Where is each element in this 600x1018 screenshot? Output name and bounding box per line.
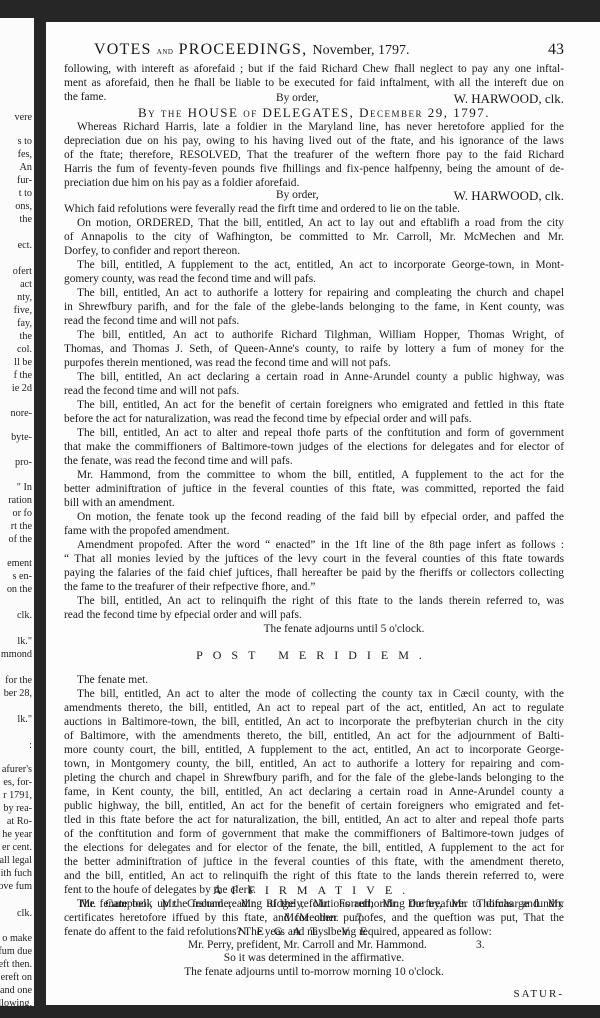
- negative-count: 3.: [476, 939, 485, 953]
- adjournment-notice: The fenate adjourns until to-morrow morn…: [64, 966, 564, 980]
- margin-fragment: ll be: [14, 357, 32, 369]
- margin-fragment: An: [20, 162, 32, 174]
- catchword: SATUR-: [513, 988, 564, 1002]
- margin-fragment: the: [20, 214, 32, 226]
- margin-fragment: t to: [19, 188, 32, 200]
- margin-fragment: fes,: [18, 149, 32, 161]
- margin-fragment: ith fuch: [1, 868, 32, 880]
- margin-fragment: es, for-: [3, 777, 32, 789]
- margin-fragment: nore-: [11, 408, 33, 420]
- negative-heading: NEGATIVE.: [64, 925, 564, 939]
- margin-fragment: o make: [2, 933, 32, 945]
- margin-fragment: pro-: [15, 457, 32, 469]
- determination: So it was determined in the affirmative.: [64, 952, 564, 966]
- margin-fragment: " In: [17, 482, 32, 494]
- margin-fragment: f the: [14, 370, 32, 382]
- margin-fragment: llowing,: [0, 998, 32, 1006]
- margin-fragment: ereft on: [1, 972, 32, 984]
- margin-fragment: on the: [7, 584, 32, 596]
- margin-fragment: col.: [17, 344, 32, 356]
- margin-fragment: ration: [8, 495, 32, 507]
- margin-fragment: all legal: [0, 855, 32, 867]
- margin-fragment: vere: [14, 112, 32, 124]
- margin-fragment: at Ro-: [7, 816, 32, 828]
- margin-fragment: nty,: [17, 292, 32, 304]
- margin-fragment: :: [29, 740, 32, 752]
- affirmative-heading: AFFIRMATIVE.: [64, 884, 564, 898]
- margin-fragment: fay,: [17, 318, 32, 330]
- margin-fragment: afurer's: [2, 764, 32, 776]
- margin-fragment: ect.: [18, 240, 32, 252]
- margin-fragment: or fo: [12, 508, 32, 520]
- margin-fragment: clk.: [17, 908, 32, 920]
- margin-fragment: r 1791,: [3, 790, 32, 802]
- margin-fragment: fum due: [0, 946, 32, 958]
- margin-fragment: lk.": [17, 636, 32, 648]
- margin-fragment: for the: [5, 675, 32, 687]
- margin-fragment: reft then.: [0, 959, 32, 971]
- margin-fragment: ement: [7, 558, 32, 570]
- margin-fragment: rt the: [11, 521, 32, 533]
- margin-fragment: and one: [0, 985, 32, 997]
- margin-fragment: act: [20, 279, 32, 291]
- margin-fragment: ber 28,: [4, 688, 32, 700]
- margin-fragment: s to: [18, 136, 32, 148]
- margin-fragment: s en-: [12, 571, 32, 583]
- margin-fragment: ons,: [15, 201, 32, 213]
- book-gutter: [34, 0, 46, 1018]
- margin-fragment: ofert: [13, 266, 32, 278]
- vote-section: [64, 0, 564, 1018]
- margin-fragment: byte-: [11, 432, 32, 444]
- previous-page-edge: veres tofes,Anfur-t toons,theect.ofertac…: [0, 18, 34, 1006]
- margin-fragment: fur-: [17, 175, 32, 187]
- margin-fragment: lk.": [17, 714, 32, 726]
- margin-fragment: clk.: [17, 610, 32, 622]
- affirmative-names: Mr. Campbell, Mr. Grahame, Mr. Ridgely, …: [64, 898, 564, 912]
- margin-fragment: five,: [14, 305, 32, 317]
- margin-fragment: mmond: [1, 649, 32, 661]
- margin-fragment: ie 2d: [12, 383, 32, 395]
- margin-fragment: he year: [2, 829, 32, 841]
- margin-fragment: by rea-: [3, 803, 32, 815]
- margin-fragment: of the: [9, 534, 32, 546]
- margin-fragment: ove fum: [0, 881, 32, 893]
- negative-names: Mr. Perry, prefident, Mr. Carroll and Mr…: [188, 939, 427, 953]
- margin-fragment: the: [20, 331, 32, 343]
- margin-fragment: er cent.: [2, 842, 32, 854]
